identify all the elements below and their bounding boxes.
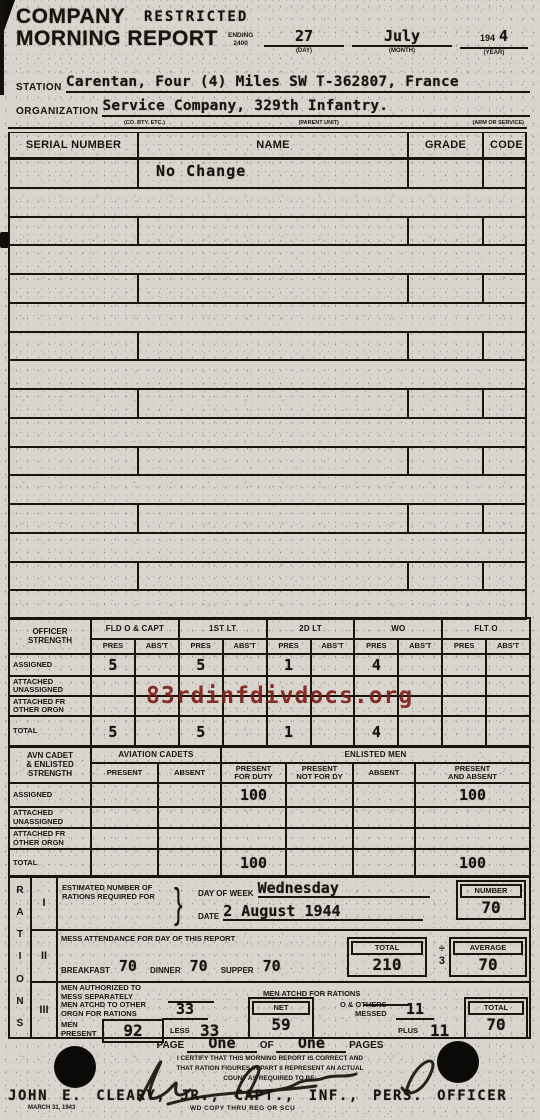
scan-edge-artifact <box>0 0 4 95</box>
col-serial-number: SERIAL NUMBER <box>10 133 137 157</box>
enlisted-cell <box>352 848 414 876</box>
date-value: 2 August 1944 <box>223 903 423 921</box>
officer-cell <box>441 715 485 746</box>
year-prefix: 194 <box>480 33 495 43</box>
subcol-abst: ABS'T <box>222 638 266 653</box>
rations-section: RATIONS I ESTIMATED NUMBER OF RATIONS RE… <box>8 875 531 1039</box>
number-box-label: NUMBER <box>460 884 522 898</box>
officer-cell: 5 <box>90 653 134 675</box>
morning-report-page: COMPANY MORNING REPORT RESTRICTED ENDING… <box>0 0 540 1120</box>
officer-cell <box>485 653 529 675</box>
subcol-pres: PRES <box>353 638 397 653</box>
report-date-fields: 27 (DAY) July (MONTH) 1944 (YEAR) <box>264 27 528 56</box>
breakfast-value: 70 <box>119 957 137 975</box>
roster-row-blank <box>10 563 525 592</box>
enlisted-cell <box>90 782 157 806</box>
day-of-week-value: Wednesday <box>258 880 430 898</box>
enlisted-cell <box>352 782 414 806</box>
rations-section-2: II MESS ATTENDANCE FOR DAY OF THIS REPOR… <box>32 929 529 981</box>
enlisted-cell <box>285 827 352 848</box>
enlisted-cell <box>90 827 157 848</box>
enlisted-cell: 100 <box>220 848 285 876</box>
officer-cell: 1 <box>266 653 310 675</box>
punch-hole-right <box>437 1041 479 1083</box>
station-value: Carentan, Four (4) Miles SW T-362807, Fr… <box>66 74 530 93</box>
officer-cell <box>485 695 529 715</box>
officer-cell <box>310 715 354 746</box>
total-box: TOTAL 210 <box>347 937 427 977</box>
organization-value: Service Company, 329th Infantry. <box>102 98 530 117</box>
enlisted-cell <box>352 827 414 848</box>
form-revision-date: MARCH 31, 1943 <box>28 1105 75 1111</box>
organization-row: ORGANIZATION Service Company, 329th Infa… <box>16 98 530 117</box>
subcol-abst: ABS'T <box>134 638 178 653</box>
others-messed-value: 11 <box>396 1000 434 1020</box>
enlisted-cell: 100 <box>220 782 285 806</box>
supper-label: SUPPER <box>221 966 254 975</box>
col-grade: GRADE <box>407 133 482 157</box>
enlisted-strength-title: AVN CADET & ENLISTED STRENGTH <box>10 747 90 782</box>
dinner-value: 70 <box>190 957 208 975</box>
col-code: CODE <box>482 133 529 157</box>
rations-main: I ESTIMATED NUMBER OF RATIONS REQUIRED F… <box>32 877 529 1037</box>
roster-row-blank <box>10 218 525 247</box>
row-label-total: TOTAL <box>10 848 90 876</box>
roster-header-row: SERIAL NUMBER NAME GRADE CODE <box>8 133 527 159</box>
row-label-assigned: ASSIGNED <box>10 782 90 806</box>
col-group-flt-o: FLT O <box>441 619 529 638</box>
roster-row-blank <box>10 333 525 362</box>
roster-row-blank <box>10 476 525 505</box>
officer-cell <box>441 653 485 675</box>
rations-section-1: I ESTIMATED NUMBER OF RATIONS REQUIRED F… <box>32 877 529 929</box>
officer-cell: 1 <box>266 715 310 746</box>
roster-row-blank <box>10 361 525 390</box>
officer-cell <box>90 675 134 695</box>
row-label-attached-fr-other: ATTACHED FR OTHER ORGN <box>10 695 90 715</box>
net-box-value: 59 <box>250 1015 312 1035</box>
officer-cell <box>485 715 529 746</box>
enlisted-cell <box>414 806 529 827</box>
roster-row-blank <box>10 189 525 218</box>
subcol-present-and-absent: PRESENT AND ABSENT <box>414 762 529 782</box>
enlisted-cell <box>90 848 157 876</box>
total-box-value: 210 <box>349 955 425 975</box>
enlisted-cell <box>220 827 285 848</box>
subcol-present-for-duty: PRESENT FOR DUTY <box>220 762 285 782</box>
org-caption-unit: (CO. BTY. ETC.) <box>124 120 165 126</box>
row-label-attached-unassigned: ATTACHED UNASSIGNED <box>10 806 90 827</box>
total2-box: TOTAL 70 <box>464 997 528 1039</box>
others-messed-label: O & OTHERS MESSED <box>340 1001 387 1018</box>
punch-hole-left <box>54 1046 96 1088</box>
enlisted-cell <box>285 806 352 827</box>
enlisted-cell <box>285 848 352 876</box>
enlisted-cell <box>90 806 157 827</box>
roster-row-blank <box>10 304 525 333</box>
col-group-2d-lt: 2D LT <box>266 619 354 638</box>
officer-cell <box>222 715 266 746</box>
enlisted-cell <box>285 782 352 806</box>
date-label: DATE <box>198 912 219 921</box>
year-caption: (YEAR) <box>460 50 528 56</box>
row-label-assigned: ASSIGNED <box>10 653 90 675</box>
subcol-abst: ABS'T <box>310 638 354 653</box>
officer-cell: 4 <box>353 715 397 746</box>
station-label: STATION <box>16 82 62 93</box>
station-row: STATION Carentan, Four (4) Miles SW T-36… <box>16 74 530 93</box>
total2-box-label: TOTAL <box>468 1001 524 1015</box>
roster-row-blank <box>10 591 525 620</box>
average-box-value: 70 <box>451 955 525 975</box>
col-group-fldo-capt: FLD O & CAPT <box>90 619 178 638</box>
number-box: NUMBER 70 <box>456 880 526 920</box>
rations-vertical-label: RATIONS <box>10 877 32 1037</box>
subcol-pres: PRES <box>266 638 310 653</box>
officer-cell <box>90 695 134 715</box>
row-label-total: TOTAL <box>10 715 90 746</box>
officer-cell: 5 <box>90 715 134 746</box>
dinner-label: DINNER <box>150 966 181 975</box>
less-label: LESS <box>170 1027 190 1036</box>
total2-box-value: 70 <box>466 1015 526 1035</box>
subcol-pres: PRES <box>90 638 134 653</box>
section-2-numeral: II <box>32 931 58 981</box>
form-header: COMPANY MORNING REPORT RESTRICTED ENDING… <box>16 6 530 127</box>
col-name: NAME <box>137 133 407 157</box>
subcol-pres: PRES <box>441 638 485 653</box>
month-value: July <box>352 27 452 47</box>
distribution-note: WD COPY THRU REG OR SCU <box>190 1105 295 1112</box>
roster-table: SERIAL NUMBER NAME GRADE CODE No Change <box>8 127 527 620</box>
atchd-other-value: 33 <box>162 1000 208 1020</box>
roster-row-blank <box>10 448 525 477</box>
net-box-label: NET <box>252 1001 310 1015</box>
total-box-label: TOTAL <box>351 941 423 955</box>
roster-row-blank <box>10 246 525 275</box>
officer-cell <box>397 715 441 746</box>
roster-row-blank <box>10 390 525 419</box>
subcol-abst: ABS'T <box>397 638 441 653</box>
divide-by-three: ÷ 3 <box>439 943 445 967</box>
officer-cell <box>485 675 529 695</box>
officer-cell <box>134 653 178 675</box>
organization-captions: (CO. BTY. ETC.) (PARENT UNIT) (ARM OR SE… <box>124 120 524 126</box>
form-title-line1: COMPANY <box>16 6 530 28</box>
officer-cell <box>134 715 178 746</box>
month-field: July (MONTH) <box>352 27 452 56</box>
enlisted-strength-table: AVN CADET & ENLISTED STRENGTH AVIATION C… <box>8 745 531 878</box>
enlisted-cell: 100 <box>414 848 529 876</box>
officer-cell <box>310 653 354 675</box>
net-box: NET 59 <box>248 997 314 1039</box>
subcol-abst: ABS'T <box>485 638 529 653</box>
row-label-attached-unassigned: ATTACHED UNASSIGNED <box>10 675 90 695</box>
roster-row-blank <box>10 275 525 304</box>
officer-cell <box>441 675 485 695</box>
subcol-present-not-for-dy: PRESENT NOT FOR DY <box>285 762 352 782</box>
roster-row-blank <box>10 534 525 563</box>
day-value: 27 <box>264 27 344 47</box>
breakfast-label: BREAKFAST <box>61 966 110 975</box>
atchd-other-orgn-label: MEN ATCHD TO OTHER ORGN FOR RATIONS <box>61 1001 146 1018</box>
rations-section-3: III MEN AUTHORIZED TO MESS SEPARATELY ME… <box>32 981 529 1037</box>
enlisted-cell <box>157 848 220 876</box>
organization-label: ORGANIZATION <box>16 106 98 117</box>
col-group-1st-lt: 1ST LT <box>178 619 266 638</box>
enlisted-cell <box>352 806 414 827</box>
no-change-entry: No Change <box>156 162 246 180</box>
watermark-83rdinfdivdocs: 83rdinfdivdocs.org <box>146 683 413 709</box>
supper-value: 70 <box>263 957 281 975</box>
officer-strength-title: OFFICER STRENGTH <box>10 619 90 653</box>
day-of-week-label: DAY OF WEEK <box>198 889 254 898</box>
subcol-absent: ABSENT <box>352 762 414 782</box>
estimated-rations-label: ESTIMATED NUMBER OF RATIONS REQUIRED FOR <box>62 883 155 902</box>
officer-cell <box>397 653 441 675</box>
mess-separately-label: MEN AUTHORIZED TO MESS SEPARATELY <box>61 984 141 1001</box>
roster-row-blank <box>10 419 525 448</box>
month-caption: (MONTH) <box>352 48 452 54</box>
officer-cell <box>222 653 266 675</box>
row-label-attached-fr-other: ATTACHED FR OTHER ORGN <box>10 827 90 848</box>
brace-glyph: } <box>174 879 183 929</box>
org-caption-arm: (ARM OR SERVICE) <box>472 120 524 126</box>
section-3-numeral: III <box>32 983 58 1037</box>
day-field: 27 (DAY) <box>264 27 344 56</box>
subcol-pres: PRES <box>178 638 222 653</box>
subcol-absent: ABSENT <box>157 762 220 782</box>
roster-row-blank <box>10 505 525 534</box>
enlisted-cell <box>220 806 285 827</box>
roster-body: No Change <box>8 159 527 620</box>
officer-cell: 5 <box>178 653 222 675</box>
enlisted-cell: 100 <box>414 782 529 806</box>
year-value: 4 <box>499 27 508 45</box>
subcol-present: PRESENT <box>90 762 157 782</box>
average-box: AVERAGE 70 <box>449 937 527 977</box>
officer-cell: 4 <box>353 653 397 675</box>
enlisted-cell <box>157 806 220 827</box>
restricted-stamp: RESTRICTED <box>144 9 248 25</box>
number-box-value: 70 <box>458 898 524 918</box>
ending-2400-label: ENDING 2400 <box>228 32 253 48</box>
col-group-aviation-cadets: AVIATION CADETS <box>90 747 220 762</box>
officer-cell: 5 <box>178 715 222 746</box>
enlisted-cell <box>157 827 220 848</box>
day-caption: (DAY) <box>264 48 344 54</box>
org-caption-parent: (PARENT UNIT) <box>299 120 339 126</box>
year-field: 1944 (YEAR) <box>460 27 528 56</box>
section-1-numeral: I <box>32 877 58 929</box>
average-box-label: AVERAGE <box>453 941 523 955</box>
enlisted-cell <box>157 782 220 806</box>
mess-attendance-title: MESS ATTENDANCE FOR DAY OF THIS REPORT <box>61 934 235 943</box>
officer-cell <box>441 695 485 715</box>
roster-row-entry: No Change <box>10 160 525 189</box>
enlisted-cell <box>414 827 529 848</box>
col-group-wo: WO <box>353 619 441 638</box>
col-group-enlisted-men: ENLISTED MEN <box>220 747 529 762</box>
plus-label: PLUS <box>398 1027 418 1036</box>
certifying-officer-line: JOHN E. CLEARY, JR., CAPT., INF., PERS. … <box>8 1088 532 1104</box>
